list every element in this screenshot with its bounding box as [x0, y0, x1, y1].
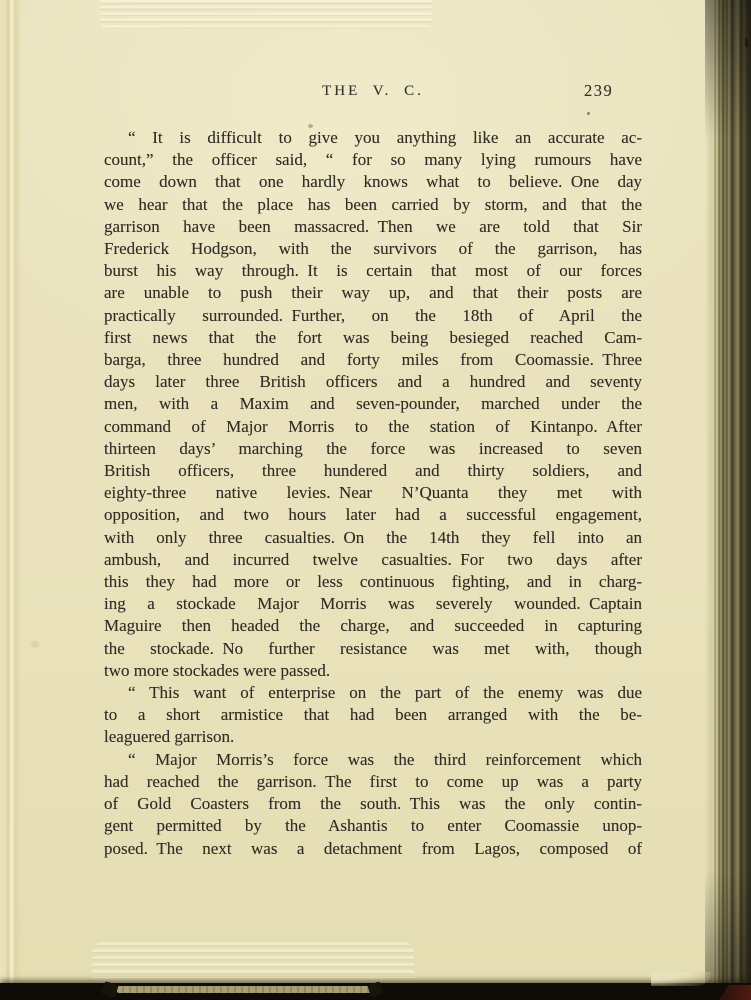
- ink-dot: [587, 112, 590, 115]
- text-line: British officers, three hundered and thi…: [104, 460, 642, 482]
- text-line: thirteen days’ marching the force was in…: [104, 438, 642, 460]
- text-line: to a short armistice that had been arran…: [104, 704, 642, 726]
- text-line: men, with a Maxim and seven-pounder, mar…: [104, 393, 642, 415]
- age-spot: [31, 641, 39, 648]
- fore-edge-speck: [745, 38, 748, 47]
- text-line: Frederick Hodgson, with the survivors of…: [104, 238, 642, 260]
- text-line: leaguered garrison.: [104, 726, 642, 748]
- text-line: garrison have been massacred. Then we ar…: [104, 216, 642, 238]
- text-line: “ This want of enterprise on the part of…: [104, 682, 642, 704]
- text-line: gent permitted by the Ashantis to enter …: [104, 815, 642, 837]
- board-edge: [117, 986, 373, 993]
- page-corner-curl: [651, 972, 711, 986]
- text-line: “ Major Morris’s force was the third rei…: [104, 749, 642, 771]
- text-line: ing a stockade Major Morris was severely…: [104, 593, 642, 615]
- text-line: burst his way through. It is certain tha…: [104, 260, 642, 282]
- text-line: had reached the garrison. The first to c…: [104, 771, 642, 793]
- text-line: come down that one hardly knows what to …: [104, 171, 642, 193]
- page-number: 239: [584, 81, 613, 101]
- text-line: count,” the officer said, “ for so many …: [104, 149, 642, 171]
- text-line: of Gold Coasters from the south. This wa…: [104, 793, 642, 815]
- text-line: first news that the fort was being besie…: [104, 327, 642, 349]
- text-line: we hear that the place has been carried …: [104, 194, 642, 216]
- text-line: practically surrounded. Further, on the …: [104, 305, 642, 327]
- running-head: THE V. C.: [104, 83, 642, 100]
- text-line: the stockade. No further resistance was …: [104, 638, 642, 660]
- text-line: eighty-three native levies. Near N’Quant…: [104, 482, 642, 504]
- text-line: opposition, and two hours later had a su…: [104, 504, 642, 526]
- gutter-crease: [0, 0, 22, 1000]
- text-line: “ It is difficult to give you anything l…: [104, 127, 642, 149]
- fore-edge-page-stack: [705, 0, 751, 1000]
- text-line: two more stockades were passed.: [104, 660, 642, 682]
- text-line: Maguire then headed the charge, and succ…: [104, 615, 642, 637]
- text-line: this they had more or less continuous fi…: [104, 571, 642, 593]
- text-line: barga, three hundred and forty miles fro…: [104, 349, 642, 371]
- text-line: with only three casualties. On the 14th …: [104, 527, 642, 549]
- scanned-book-page: THE V. C. 239 “ It is difficult to give …: [0, 0, 751, 1000]
- top-page-edges: [100, 0, 432, 30]
- text-line: command of Major Morris to the station o…: [104, 416, 642, 438]
- text-line: posed. The next was a detachment from La…: [104, 838, 642, 860]
- bottom-page-edges: [92, 942, 414, 978]
- text-line: ambush, and incurred twelve casualties. …: [104, 549, 642, 571]
- text-block: “ It is difficult to give you anything l…: [104, 127, 642, 860]
- text-line: are unable to push their way up, and tha…: [104, 282, 642, 304]
- text-line: days later three British officers and a …: [104, 371, 642, 393]
